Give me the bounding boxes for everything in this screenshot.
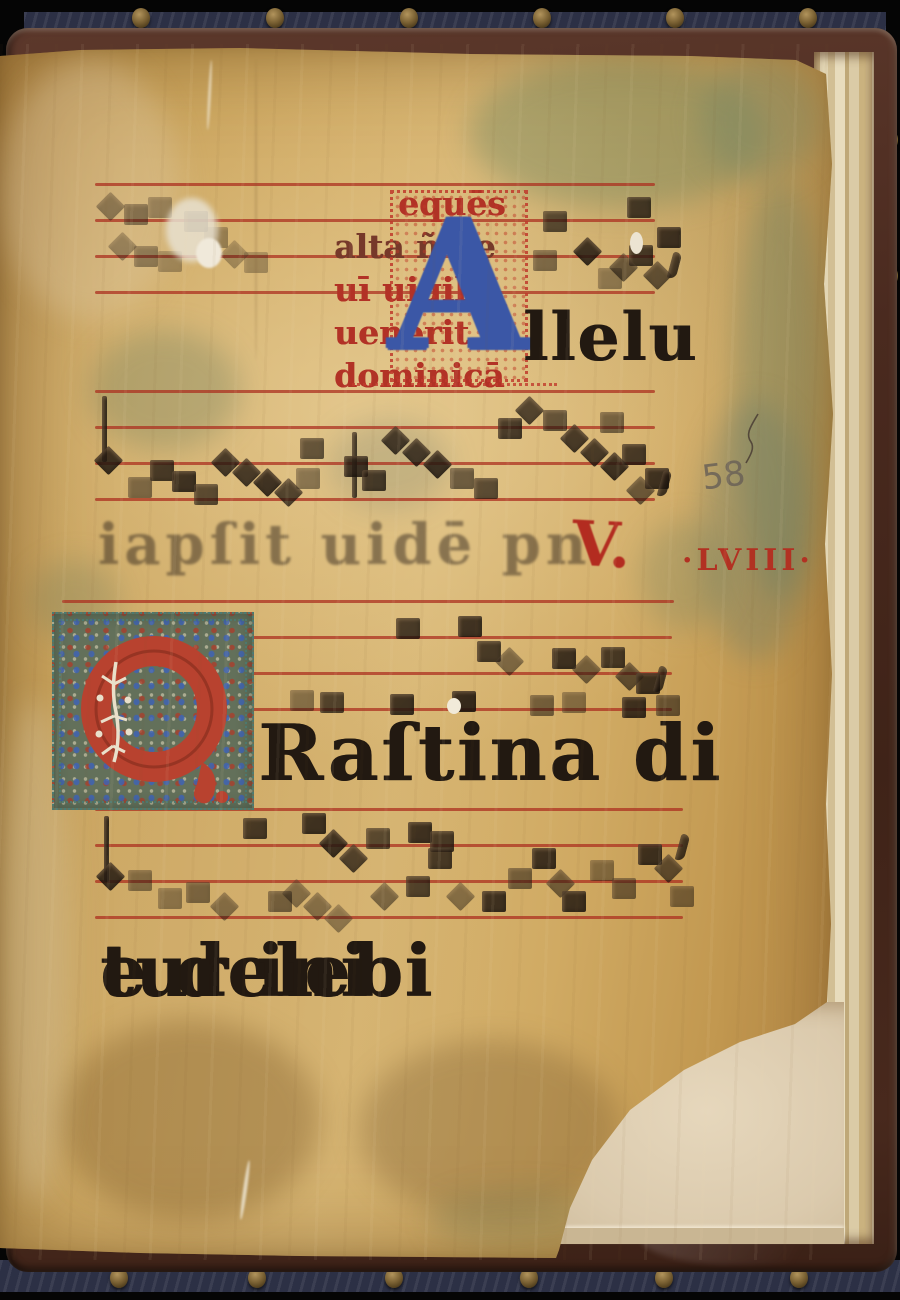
neume xyxy=(622,444,646,465)
neume xyxy=(474,478,498,499)
staff-line xyxy=(252,672,672,675)
damage-spot xyxy=(196,238,222,268)
neume xyxy=(302,813,326,834)
roman-folio-number: ·LVIII· xyxy=(682,543,814,578)
neume xyxy=(657,227,681,248)
neume xyxy=(552,648,576,669)
neume xyxy=(498,418,522,439)
neume xyxy=(675,833,691,861)
flaked-ink-spot xyxy=(630,232,643,254)
neume xyxy=(396,618,420,639)
neume xyxy=(428,848,452,869)
brass-stud xyxy=(400,8,418,28)
faded-chant-text: iapſit uidē pn xyxy=(98,512,592,578)
brass-stud xyxy=(799,8,817,28)
manuscript-photo: equēsalta ñ deuī uigilīuenerit idominicā… xyxy=(0,0,900,1300)
neume xyxy=(150,460,174,481)
damage-spot xyxy=(447,698,461,714)
neume xyxy=(406,876,430,897)
illuminated-initial-A: A xyxy=(384,192,534,388)
neume xyxy=(600,412,624,433)
neume xyxy=(243,818,267,839)
neume xyxy=(296,468,320,489)
neume xyxy=(533,250,557,271)
neume xyxy=(601,647,625,668)
crastina-text: Raſtina di xyxy=(258,708,723,799)
crease-line xyxy=(255,60,257,360)
neume xyxy=(370,882,400,912)
neume xyxy=(96,192,126,222)
alleluia-text: llelu xyxy=(523,298,698,376)
versicle-mark: V. xyxy=(570,507,633,583)
staff-line xyxy=(95,498,655,501)
brass-stud xyxy=(533,8,551,28)
neume xyxy=(450,468,474,489)
illuminated-initial-C xyxy=(54,614,256,812)
neume xyxy=(300,438,324,459)
neume xyxy=(366,828,390,849)
second-paper-edge xyxy=(538,1228,844,1244)
neume xyxy=(508,868,532,889)
neume xyxy=(543,410,567,431)
illuminated-initial-C-panel xyxy=(52,612,254,810)
neume xyxy=(562,891,586,912)
neume xyxy=(408,822,432,843)
neume xyxy=(612,878,636,899)
neume xyxy=(572,655,602,685)
neume xyxy=(573,237,603,267)
neume xyxy=(128,477,152,498)
brass-stud xyxy=(132,8,150,28)
neume xyxy=(667,251,683,279)
neume xyxy=(627,197,651,218)
neume xyxy=(128,870,152,891)
ink-squiggle xyxy=(742,412,768,466)
neume xyxy=(458,616,482,637)
neume xyxy=(186,882,210,903)
pencil-folio-number: 58 xyxy=(700,454,748,499)
neume xyxy=(134,246,158,267)
neume xyxy=(482,891,506,912)
brass-stud xyxy=(666,8,684,28)
neume xyxy=(94,446,124,476)
neume xyxy=(446,882,476,912)
neume xyxy=(653,665,669,693)
neume xyxy=(532,848,556,869)
neume xyxy=(172,471,196,492)
staff-line xyxy=(62,600,674,603)
staff-line xyxy=(95,462,655,465)
staff-line xyxy=(95,916,683,919)
neume xyxy=(124,204,148,225)
neume xyxy=(670,886,694,907)
neume xyxy=(590,860,614,881)
neume xyxy=(543,211,567,232)
verse-text-right: tur ini xyxy=(100,928,370,1013)
neume xyxy=(158,888,182,909)
brass-stud xyxy=(266,8,284,28)
neume xyxy=(362,470,386,491)
neume xyxy=(96,862,126,892)
neume xyxy=(194,484,218,505)
